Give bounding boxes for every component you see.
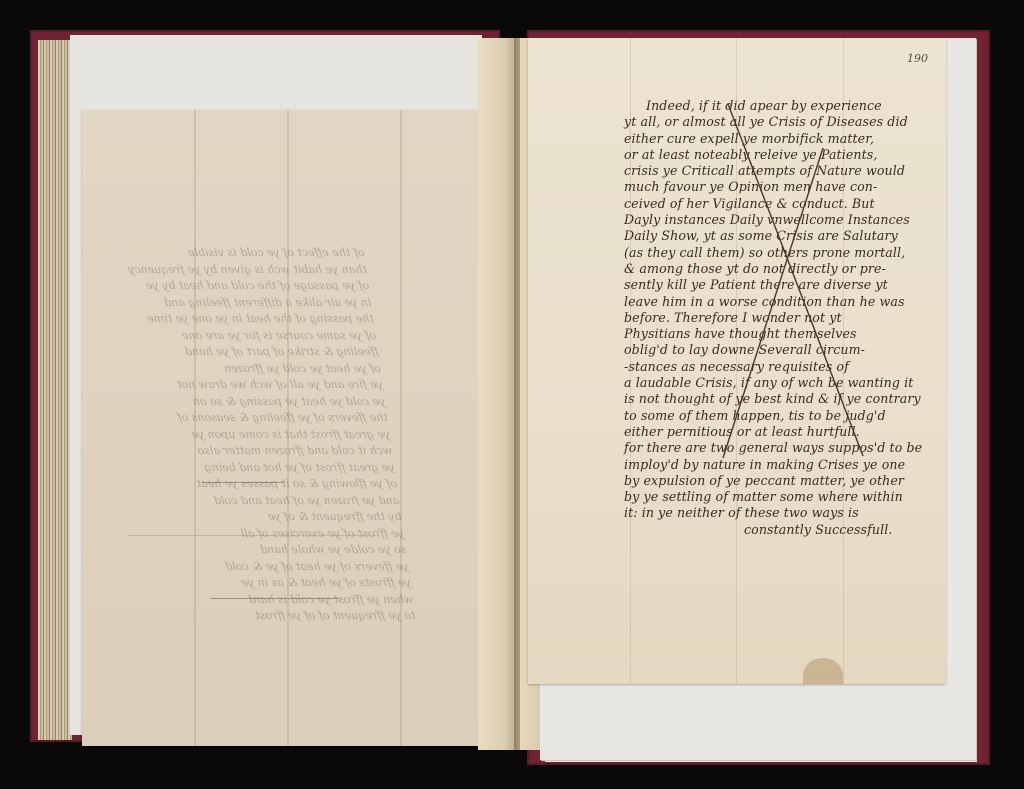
page-edges-stack	[38, 40, 72, 740]
ghost-rule	[202, 482, 284, 483]
show-through-text: of the effect of ye cold is visible than…	[82, 245, 417, 625]
gutter-stub	[478, 38, 514, 750]
fold-line	[400, 110, 402, 746]
cancellation-cross-mark	[528, 38, 946, 684]
right-manuscript-leaf: 190 Indeed, if it did apear by experienc…	[528, 38, 946, 684]
left-manuscript-leaf: of the effect of ye cold is visible than…	[82, 110, 480, 746]
horizontal-fold	[127, 535, 377, 536]
ghost-rule	[210, 598, 340, 599]
